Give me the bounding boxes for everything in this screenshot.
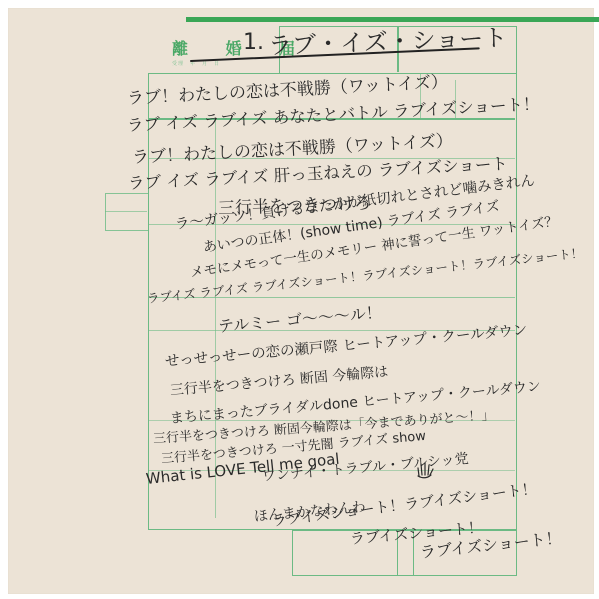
form-side-line	[105, 211, 147, 212]
hand-doodle-icon	[415, 460, 435, 480]
song-number: 1.	[243, 30, 264, 55]
form-side-box	[105, 193, 149, 231]
